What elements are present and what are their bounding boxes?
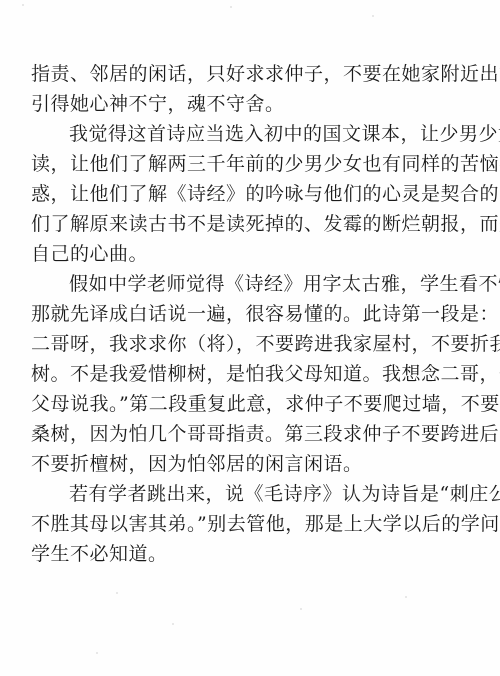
text-line: 若有学者跳出来，说《毛诗序》认为诗旨是“刺庄公也， — [31, 479, 467, 509]
text-line: 读，让他们了解两三千年前的少男少女也有同样的苦恼与困 — [31, 149, 467, 179]
text-line: 假如中学老师觉得《诗经》用字太古雅，学生看不懂， — [31, 269, 467, 299]
text-line: 父母说我。”第二段重复此意，求仲子不要爬过墙，不要折 — [31, 389, 467, 419]
body-text: 指责、邻居的闲话，只好求求仲子，不要在她家附近出没， 引得她心神不宁，魂不守舍。… — [31, 59, 467, 569]
scan-noise-speck — [116, 592, 118, 594]
text-line: 指责、邻居的闲话，只好求求仲子，不要在她家附近出没， — [31, 59, 467, 89]
text-line: 们了解原来读古书不是读死掉的、发霉的断烂朝报，而是读 — [31, 209, 467, 239]
text-line: 桑树，因为怕几个哥哥指责。第三段求仲子不要跨进后园， — [31, 419, 467, 449]
scan-noise-speck — [22, 4, 24, 6]
scan-noise-speck — [405, 596, 407, 598]
scan-noise-speck — [372, 15, 374, 17]
text-line: 那就先译成白话说一遍，很容易懂的。此诗第一段是：“我的 — [31, 299, 467, 329]
scan-noise-speck — [230, 6, 232, 8]
text-line: 不胜其母以害其弟。”别去管他，那是上大学以后的学问，中 — [31, 509, 467, 539]
scan-noise-speck — [300, 608, 302, 610]
text-line: 学生不必知道。 — [31, 539, 467, 569]
text-line: 二哥呀，我求求你（将），不要跨进我家屋村，不要折我家柳 — [31, 329, 467, 359]
scan-noise-speck — [96, 652, 98, 654]
text-line: 惑，让他们了解《诗经》的吟咏与他们的心灵是契合的，让他 — [31, 179, 467, 209]
text-line: 引得她心神不宁，魂不守舍。 — [31, 89, 467, 119]
text-line: 树。不是我爱惜柳树，是怕我父母知道。我想念二哥，也怕 — [31, 359, 467, 389]
text-line: 我觉得这首诗应当选入初中的国文课本，让少男少女读 — [31, 119, 467, 149]
text-line: 自己的心曲。 — [31, 239, 467, 269]
scan-noise-speck — [172, 623, 174, 625]
text-line: 不要折檀树，因为怕邻居的闲言闲语。 — [31, 449, 467, 479]
scanned-book-page: 指责、邻居的闲话，只好求求仲子，不要在她家附近出没， 引得她心神不宁，魂不守舍。… — [0, 0, 500, 676]
